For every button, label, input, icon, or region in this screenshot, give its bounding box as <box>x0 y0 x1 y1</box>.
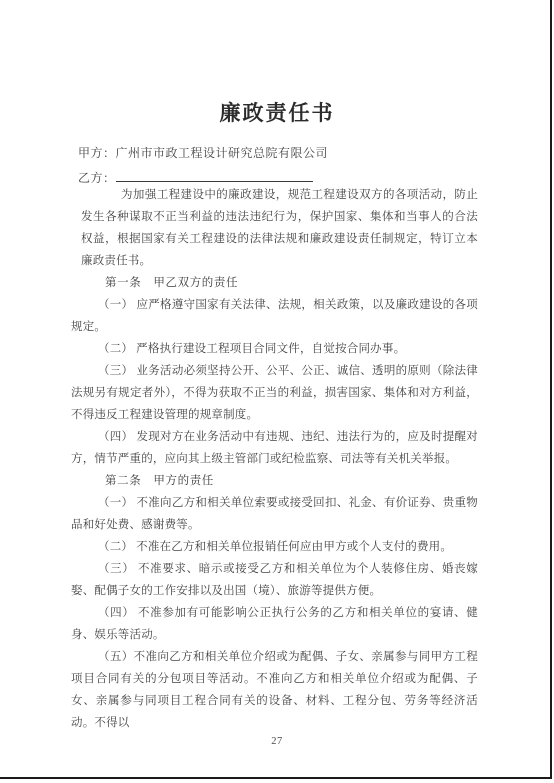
section-2-item-4: （四） 不准参加有可能影响公正执行公务的乙方和相关单位的宴请、健身、娱乐等活动。 <box>71 602 478 646</box>
document-page: 廉政责任书 甲方：广州市市政工程设计研究总院有限公司 乙方： 为加强工程建设中的… <box>0 0 554 783</box>
document-body: 为加强工程建设中的廉政建设，规范工程建设双方的各项活动，防止发生各种谋取不正当利… <box>71 184 478 734</box>
intro-paragraph: 为加强工程建设中的廉政建设，规范工程建设双方的各项活动，防止发生各种谋取不正当利… <box>81 184 478 272</box>
party-a-label: 甲方： <box>78 146 116 160</box>
section-2-item-1: （一） 不准向乙方和相关单位索要或接受回扣、礼金、有价证券、贵重物品和好处费、感… <box>71 492 478 536</box>
section-2-heading: 第二条 甲方的责任 <box>71 470 478 492</box>
party-b-blank-underline <box>116 170 313 182</box>
party-a-name: 广州市市政工程设计研究总院有限公司 <box>116 146 329 160</box>
party-a-line: 甲方：广州市市政工程设计研究总院有限公司 <box>78 141 494 166</box>
page-bottom-edge-line <box>0 777 552 779</box>
section-1-item-3: （三） 业务活动必须坚持公开、公平、公正、诚信、透明的原则（除法律法规另有规定者… <box>71 360 478 426</box>
section-1-item-1: （一） 应严格遵守国家有关法律、法规，相关政策，以及廉政建设的各项规定。 <box>71 294 478 338</box>
section-1-item-4: （四） 发现对方在业务活动中有违规、违纪、违法行为的，应及时提醒对方，情节严重的… <box>71 426 478 470</box>
section-2-item-2: （二） 不准在乙方和相关单位报销任何应由甲方或个人支付的费用。 <box>71 536 478 558</box>
section-2-item-5: （五）不准向乙方和相关单位介绍或为配偶、子女、亲属参与同甲方工程项目合同有关的分… <box>71 646 478 734</box>
section-2-item-3: （三） 不准要求、暗示或接受乙方和相关单位为个人装修住房、婚丧嫁娶、配偶子女的工… <box>71 558 478 602</box>
section-1-item-2: （二） 严格执行建设工程项目合同文件，自觉按合同办事。 <box>71 338 478 360</box>
document-title: 廉政责任书 <box>0 97 554 127</box>
page-number: 27 <box>0 736 554 747</box>
party-b-label: 乙方： <box>78 171 116 185</box>
section-1-heading: 第一条 甲乙双方的责任 <box>71 272 478 294</box>
